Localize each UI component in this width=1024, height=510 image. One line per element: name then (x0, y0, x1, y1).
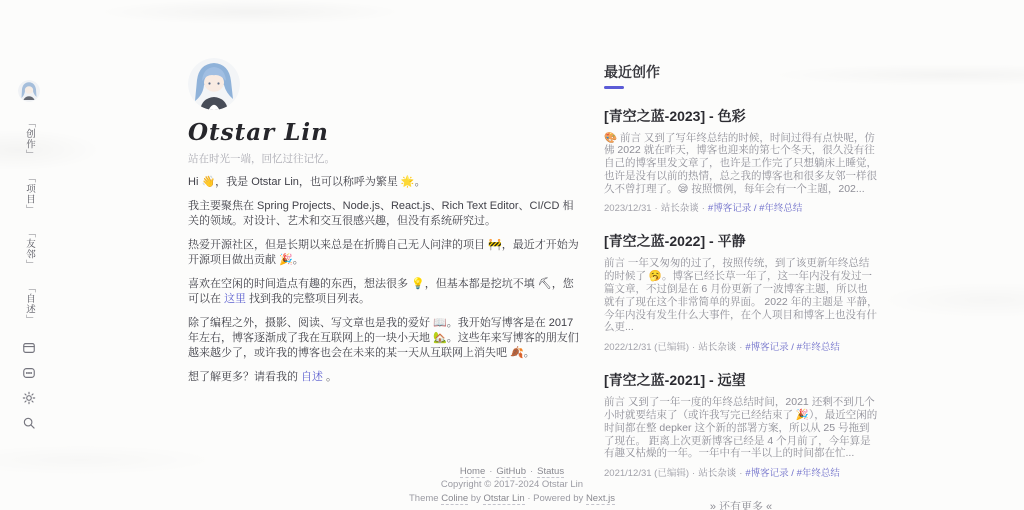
sidebar-item-friends[interactable]: 「友邻」 (22, 228, 36, 270)
profile-tagline: 站在时光一端，回忆过往记忆。 (188, 151, 584, 166)
comment-icon[interactable] (22, 366, 36, 380)
sidebar-item-writing[interactable]: 「创作」 (22, 118, 36, 160)
about-link[interactable]: 自述 (301, 371, 323, 383)
footer-status-link[interactable]: Status (537, 466, 564, 478)
heading-accent-bar (604, 86, 624, 89)
post-excerpt: 🎨 前言 又到了写年终总结的时候，时间过得有点快呢，仿佛 2022 就在昨天，博… (604, 132, 878, 196)
post-date: 2022/12/31 (已编辑) (604, 342, 689, 353)
projects-link[interactable]: 这里 (224, 293, 246, 305)
footer-text: Theme (409, 493, 439, 504)
post-meta: 2023/12/31·站长杂谈·#博客记录 / #年终总结 (604, 200, 878, 214)
vertical-sidebar: 「创作」 「项目」 「友邻」 「自述」 (0, 0, 58, 510)
bio-paragraph-greeting: Hi 👋，我是 Otstar Lin，也可以称呼为繁星 🌟。 (188, 175, 584, 190)
meta-separator: · (702, 203, 705, 214)
profile-section: Otstar Lin 站在时光一端，回忆过往记忆。 Hi 👋，我是 Otstar… (188, 58, 584, 385)
footer-text: · Powered by (527, 493, 583, 504)
sidebar-nav: 「创作」 「项目」 「友邻」 「自述」 (22, 118, 36, 325)
theme-author-link[interactable]: Otstar Lin (483, 493, 524, 505)
footer-copyright: Copyright © 2017-2024 Otstar Lin (0, 478, 1024, 492)
footer-github-link[interactable]: GitHub (496, 466, 526, 478)
theme-coline-link[interactable]: Coline (441, 493, 468, 505)
post-tags[interactable]: #博客记录 / #年终总结 (708, 203, 803, 214)
bio-paragraph-blogging: 除了编程之外，摄影、阅读、写文章也是我的爱好 📖。我开始写博客是在 2017 年… (188, 316, 584, 361)
footer-separator: · (530, 466, 533, 477)
meta-separator: · (739, 342, 742, 353)
recent-posts-heading: 最近创作 (604, 62, 878, 82)
bio-paragraph-more: 想了解更多？请看我的自述。 (188, 370, 584, 385)
post-excerpt: 前言 一年又匆匆的过了，按照传统，到了该更新年终总结的时候了 🥱。博客已经长草一… (604, 257, 878, 334)
sidebar-item-projects[interactable]: 「项目」 (22, 173, 36, 215)
sidebar-icon-group (22, 341, 36, 430)
bio-text: 找到我的完整项目列表。 (249, 293, 370, 305)
bio-text: 。 (326, 371, 337, 383)
sun-icon[interactable] (22, 391, 36, 405)
post-category[interactable]: 站长杂谈 (661, 203, 699, 214)
footer-text: by (471, 493, 481, 504)
footer-theme-row: Theme Coline by Otstar Lin · Powered by … (0, 492, 1024, 506)
post-title[interactable]: [青空之蓝-2021] - 远望 (604, 370, 878, 390)
post-item: [青空之蓝-2021] - 远望 前言 又到了一年一度的年终总结时间，2021 … (604, 370, 878, 479)
nextjs-link[interactable]: Next.js (586, 493, 615, 505)
post-item: [青空之蓝-2022] - 平静 前言 一年又匆匆的过了，按照传统，到了该更新年… (604, 231, 878, 353)
archive-icon[interactable] (22, 341, 36, 355)
bio-paragraph-opensource: 热爱开源社区，但是长期以来总是在折腾自己无人问津的项目 🚧，最近才开始为开源项目… (188, 238, 584, 268)
post-title[interactable]: [青空之蓝-2022] - 平静 (604, 231, 878, 251)
footer-nav-row: Home·GitHub·Status (0, 465, 1024, 479)
post-date: 2023/12/31 (604, 203, 652, 214)
sidebar-item-about[interactable]: 「自述」 (22, 283, 36, 325)
meta-separator: · (655, 203, 658, 214)
site-logo-avatar[interactable] (18, 80, 40, 102)
footer-separator: · (489, 466, 492, 477)
page-footer: Home·GitHub·Status Copyright © 2017-2024… (0, 465, 1024, 506)
bio-paragraph-focus: 我主要聚焦在 Spring Projects、Node.js、React.js、… (188, 199, 584, 229)
post-title[interactable]: [青空之蓝-2023] - 色彩 (604, 106, 878, 126)
post-item: [青空之蓝-2023] - 色彩 🎨 前言 又到了写年终总结的时候，时间过得有点… (604, 106, 878, 215)
meta-separator: · (692, 342, 695, 353)
profile-avatar (188, 58, 240, 110)
search-icon[interactable] (22, 416, 36, 430)
recent-posts-section: 最近创作 [青空之蓝-2023] - 色彩 🎨 前言 又到了写年终总结的时候，时… (604, 62, 878, 510)
post-excerpt: 前言 又到了一年一度的年终总结时间，2021 还剩不到几个小时就要结束了（或许我… (604, 396, 878, 460)
post-meta: 2022/12/31 (已编辑)·站长杂谈·#博客记录 / #年终总结 (604, 339, 878, 353)
footer-home-link[interactable]: Home (460, 466, 485, 478)
profile-bio: Hi 👋，我是 Otstar Lin，也可以称呼为繁星 🌟。 我主要聚焦在 Sp… (188, 175, 584, 385)
post-tags[interactable]: #博客记录 / #年终总结 (745, 342, 840, 353)
bio-text: 想了解更多？请看我的 (188, 371, 298, 383)
bio-paragraph-projects: 喜欢在空闲的时间造点有趣的东西，想法很多 💡，但基本都是挖坑不填 ⛏，您可以在这… (188, 277, 584, 307)
profile-name: Otstar Lin (188, 119, 584, 146)
post-category[interactable]: 站长杂谈 (698, 342, 736, 353)
